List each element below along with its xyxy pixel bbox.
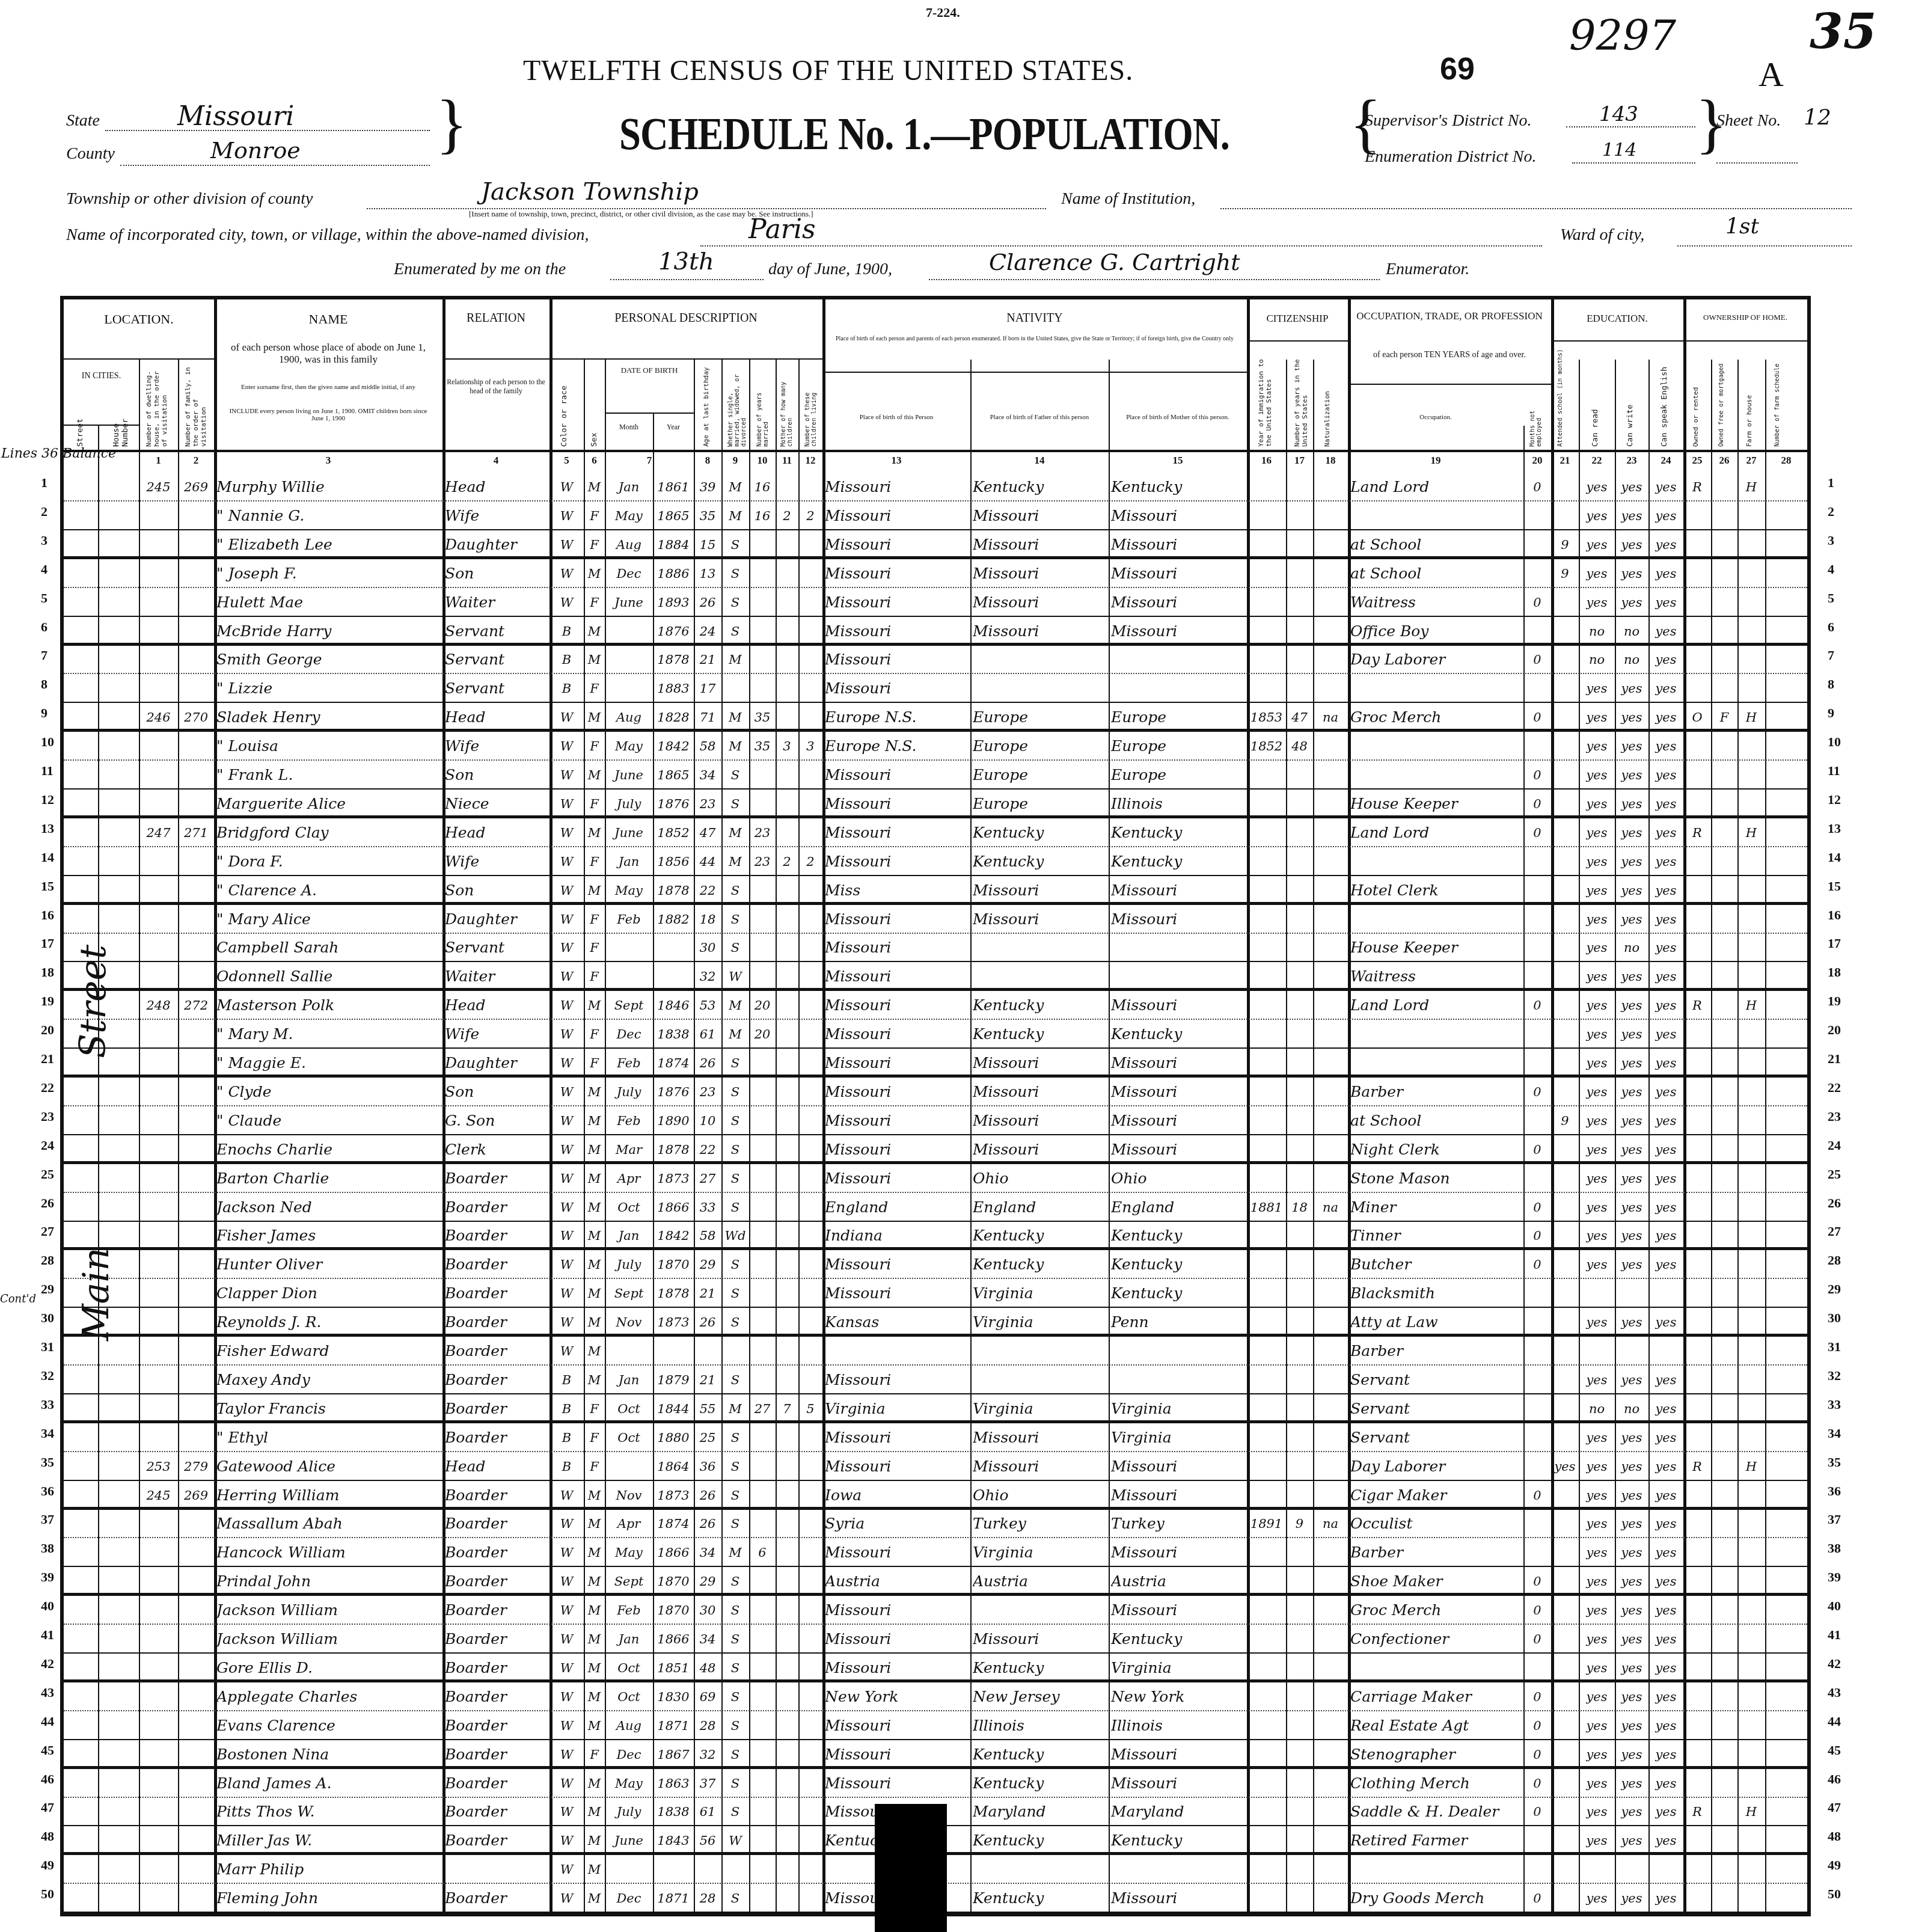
cell-pob-mother: Missouri (1111, 1080, 1244, 1104)
cell-marital: W (724, 1829, 747, 1853)
cell-year: 1838 (655, 1800, 691, 1824)
cell-read: yes (1581, 1426, 1612, 1450)
cell-read: yes (1581, 1455, 1612, 1479)
cell-yrs-married: 16 (751, 475, 773, 499)
cell-mother-of (778, 1455, 796, 1479)
cell-yrs-us (1288, 1022, 1311, 1046)
cell-yrs-us (1288, 993, 1311, 1017)
cell-immig (1249, 1685, 1284, 1709)
cell-farm (1740, 1022, 1763, 1046)
cell-color: W (552, 1857, 581, 1881)
cell-dwelling (141, 792, 176, 816)
cell-school: 9 (1553, 562, 1576, 586)
cell-read: yes (1581, 1569, 1612, 1593)
cell-school (1553, 1685, 1576, 1709)
cell-speak: yes (1651, 705, 1681, 729)
cell-pob-father: Maryland (973, 1800, 1106, 1824)
cell-pob-mother: Kentucky (1111, 1022, 1244, 1046)
cell-family (180, 1167, 212, 1191)
cell-mother-of (778, 1886, 796, 1910)
cell-school (1553, 590, 1576, 615)
cell-sex: F (586, 1743, 602, 1767)
cell-immig (1249, 1109, 1284, 1133)
header-name-desc: of each person whose place of abode on J… (226, 342, 430, 366)
cell-immig (1249, 1167, 1284, 1191)
cell-family (180, 1800, 212, 1824)
cell-unemp: 0 (1526, 475, 1549, 499)
header-pob-person: Place of birth of this Person (822, 414, 970, 421)
cell-school (1553, 1714, 1576, 1738)
cell-sched (1768, 1685, 1805, 1709)
cell-farm (1740, 1743, 1763, 1767)
cell-pob-mother: Kentucky (1111, 1253, 1244, 1277)
cell-name: " Frank L. (216, 763, 440, 787)
cell-mort (1713, 1569, 1735, 1593)
cell-living (801, 1483, 820, 1507)
row-number: 13 (1828, 821, 1841, 836)
cell-read: yes (1581, 1253, 1612, 1277)
cell-sex: F (586, 936, 602, 960)
row-number: 13 (41, 821, 54, 836)
row-number: 45 (41, 1743, 54, 1758)
cell-farm (1740, 1310, 1763, 1334)
header-months-unemployed: Months not employed (1529, 390, 1543, 447)
cell-month: Aug (607, 1714, 650, 1738)
table-row: Hulett MaeWaiterWFJune189326SMissouriMis… (64, 588, 1807, 617)
header-mother-of: Mother of how many children (780, 366, 794, 447)
cell-occupation: Atty at Law (1350, 1310, 1521, 1334)
cell-dwelling (141, 1051, 176, 1075)
cell-name: Fisher James (216, 1224, 440, 1248)
cell-mother-of (778, 1829, 796, 1853)
cell-yrs-married (751, 648, 773, 672)
cell-natz (1315, 1829, 1345, 1853)
cell-unemp (1526, 1541, 1549, 1565)
cell-pob-mother: Missouri (1111, 1138, 1244, 1162)
cell-family (180, 907, 212, 931)
header-years-married: Number of years married (756, 366, 770, 447)
cell-sex: M (586, 648, 602, 672)
cell-write: yes (1617, 1685, 1646, 1709)
cell-name: Hancock William (216, 1541, 440, 1565)
table-row: " Joseph F.SonWMDec188613SMissouriMissou… (64, 559, 1807, 588)
cell-marital: S (724, 1195, 747, 1219)
cell-occupation: Tinner (1350, 1224, 1521, 1248)
cell-year: 1852 (655, 821, 691, 845)
cell-year: 1830 (655, 1685, 691, 1709)
cell-immig (1249, 1138, 1284, 1162)
cell-year: 1842 (655, 1224, 691, 1248)
cell-occupation: House Keeper (1350, 936, 1521, 960)
cell-sex: M (586, 1138, 602, 1162)
cell-yrs-us (1288, 1397, 1311, 1421)
cell-unemp: 0 (1526, 1138, 1549, 1162)
cell-month: July (607, 1253, 650, 1277)
cell-month: Feb (607, 1598, 650, 1622)
cell-family (180, 1022, 212, 1046)
cell-year: 1879 (655, 1368, 691, 1392)
cell-speak: yes (1651, 936, 1681, 960)
cell-read: no (1581, 619, 1612, 643)
cell-farm (1740, 1483, 1763, 1507)
row-number: 31 (1828, 1339, 1841, 1355)
cell-occupation: Servant (1350, 1426, 1521, 1450)
cell-own (1686, 936, 1709, 960)
cell-pob-mother: Europe (1111, 705, 1244, 729)
cell-farm (1740, 1627, 1763, 1651)
cell-natz (1315, 1339, 1345, 1363)
cell-yrs-married (751, 619, 773, 643)
cell-own (1686, 562, 1709, 586)
cell-dwelling: 253 (141, 1455, 176, 1479)
cell-relation: Boarder (445, 1829, 547, 1853)
cell-immig (1249, 1771, 1284, 1796)
cell-yrs-married (751, 1080, 773, 1104)
state-value: Missouri (177, 101, 294, 132)
cell-pob: Missouri (825, 907, 968, 931)
cell-unemp: 0 (1526, 648, 1549, 672)
cell-sched (1768, 475, 1805, 499)
cell-immig: 1891 (1249, 1512, 1284, 1536)
cell-age: 35 (696, 504, 719, 528)
cell-relation: Boarder (445, 1195, 547, 1219)
cell-color: W (552, 936, 581, 960)
cell-marital: S (724, 533, 747, 557)
cell-farm (1740, 850, 1763, 874)
cell-family (180, 1541, 212, 1565)
cell-name: Bland James A. (216, 1771, 440, 1796)
cell-living (801, 1627, 820, 1651)
row-number: 31 (41, 1339, 54, 1355)
cell-yrs-married (751, 1569, 773, 1593)
cell-name: Bridgford Clay (216, 821, 440, 845)
cell-sex: M (586, 1281, 602, 1305)
cell-pob: Missouri (825, 1771, 968, 1796)
table-row: " ClydeSonWMJuly187623SMissouriMissouriM… (64, 1078, 1807, 1106)
cell-natz (1315, 1397, 1345, 1421)
cell-month: June (607, 590, 650, 615)
cell-name: Maxey Andy (216, 1368, 440, 1392)
cell-family (180, 1224, 212, 1248)
cell-read: yes (1581, 936, 1612, 960)
row-number: 38 (41, 1541, 54, 1556)
cell-speak: yes (1651, 1512, 1681, 1536)
cell-pob-mother: Missouri (1111, 1541, 1244, 1565)
census-title: TWELFTH CENSUS OF THE UNITED STATES. (523, 54, 1133, 87)
cell-mother-of (778, 1339, 796, 1363)
cell-living (801, 1512, 820, 1536)
table-row: Campbell SarahServantWF30SMissouriHouse … (64, 933, 1807, 962)
cell-year: 1865 (655, 504, 691, 528)
cell-age: 34 (696, 1541, 719, 1565)
cell-sex: M (586, 1656, 602, 1680)
cell-pob-father: Missouri (973, 1051, 1106, 1075)
enumeration-field: 114 (1572, 144, 1695, 164)
cell-color: W (552, 1829, 581, 1853)
cell-sex: M (586, 1569, 602, 1593)
cell-pob-mother: Maryland (1111, 1800, 1244, 1824)
cell-farm (1740, 676, 1763, 701)
cell-farm (1740, 1426, 1763, 1450)
cell-sched (1768, 676, 1805, 701)
cell-living (801, 676, 820, 701)
cell-yrs-us (1288, 1109, 1311, 1133)
header-name-instr1: Enter surname first, then the given name… (226, 384, 430, 391)
cell-school (1553, 1569, 1576, 1593)
header-farm-schedule: Number of farm schedule (1774, 348, 1781, 447)
cell-sex: M (586, 1080, 602, 1104)
cell-marital: S (724, 792, 747, 816)
schedule-title: SCHEDULE No. 1.—POPULATION. (619, 108, 1229, 161)
cell-pob-mother: Austria (1111, 1569, 1244, 1593)
cell-mother-of (778, 1426, 796, 1450)
cell-school (1553, 1771, 1576, 1796)
cell-yrs-married: 27 (751, 1397, 773, 1421)
header-date-of-birth: DATE OF BIRTH (605, 366, 694, 375)
cell-immig (1249, 533, 1284, 557)
cell-school (1553, 1281, 1576, 1305)
row-number: 16 (41, 907, 54, 923)
cell-color: W (552, 533, 581, 557)
cell-read: yes (1581, 734, 1612, 758)
cell-mort (1713, 1771, 1735, 1796)
cell-sched (1768, 964, 1805, 989)
cell-age: 58 (696, 734, 719, 758)
cell-name: Marr Philip (216, 1857, 440, 1881)
cell-write: yes (1617, 1426, 1646, 1450)
cell-living (801, 562, 820, 586)
cell-sched (1768, 1829, 1805, 1853)
cell-mother-of (778, 1512, 796, 1536)
city-value: Paris (748, 214, 816, 245)
cell-pob-father: Kentucky (973, 850, 1106, 874)
cell-occupation: Shoe Maker (1350, 1569, 1521, 1593)
cell-natz (1315, 1771, 1345, 1796)
row-number: 43 (41, 1685, 54, 1700)
cell-read: yes (1581, 821, 1612, 845)
cell-relation: Son (445, 1080, 547, 1104)
table-row: " Nannie G.WifeWFMay186535M1622MissouriM… (64, 501, 1807, 530)
cell-sex: M (586, 1714, 602, 1738)
cell-name: Jackson William (216, 1598, 440, 1622)
divider (1551, 340, 1683, 342)
cell-relation: Waiter (445, 590, 547, 615)
cell-read: yes (1581, 964, 1612, 989)
cell-relation: Boarder (445, 1714, 547, 1738)
cell-mort (1713, 1483, 1735, 1507)
cell-marital: S (724, 1800, 747, 1824)
cell-family (180, 1339, 212, 1363)
cell-occupation: Night Clerk (1350, 1138, 1521, 1162)
cell-unemp: 0 (1526, 1627, 1549, 1651)
column-number: 4 (442, 455, 549, 467)
cell-yrs-married (751, 1368, 773, 1392)
cell-unemp (1526, 964, 1549, 989)
cell-color: W (552, 763, 581, 787)
cell-marital (724, 1339, 747, 1363)
cell-own (1686, 533, 1709, 557)
cell-marital: M (724, 475, 747, 499)
cell-natz (1315, 821, 1345, 845)
cell-color: W (552, 475, 581, 499)
cell-yrs-married (751, 1138, 773, 1162)
cell-mother-of (778, 705, 796, 729)
cell-name: " Maggie E. (216, 1051, 440, 1075)
cell-unemp: 0 (1526, 1195, 1549, 1219)
cell-sex: M (586, 993, 602, 1017)
column-number: 9 (721, 455, 749, 467)
cell-farm (1740, 1397, 1763, 1421)
cell-color: W (552, 1051, 581, 1075)
cell-sched (1768, 1771, 1805, 1796)
cell-yrs-married (751, 1109, 773, 1133)
cell-year: 1871 (655, 1714, 691, 1738)
cell-name: " Joseph F. (216, 562, 440, 586)
cell-pob: Missouri (825, 1743, 968, 1767)
cell-marital: S (724, 1426, 747, 1450)
cell-yrs-married (751, 907, 773, 931)
cell-yrs-married (751, 1051, 773, 1075)
cell-name: " Ethyl (216, 1426, 440, 1450)
supervisor-label: Supervisor's District No. (1365, 111, 1531, 130)
cell-dwelling (141, 1195, 176, 1219)
cell-sched (1768, 1512, 1805, 1536)
row-number: 2 (1828, 504, 1834, 520)
cell-age: 29 (696, 1569, 719, 1593)
row-number: 20 (41, 1022, 54, 1038)
cell-mort (1713, 1397, 1735, 1421)
cell-living (801, 648, 820, 672)
cell-natz: na (1315, 705, 1345, 729)
cell-relation: Head (445, 993, 547, 1017)
cell-read: yes (1581, 590, 1612, 615)
row-number: 49 (41, 1857, 54, 1873)
cell-name: Smith George (216, 648, 440, 672)
cell-own (1686, 850, 1709, 874)
cell-mort (1713, 504, 1735, 528)
cell-write: yes (1617, 1167, 1646, 1191)
cell-sex: M (586, 619, 602, 643)
cell-marital: S (724, 1714, 747, 1738)
row-number: 26 (1828, 1195, 1841, 1211)
cell-marital: S (724, 879, 747, 903)
cell-yrs-married (751, 1310, 773, 1334)
cell-speak: yes (1651, 648, 1681, 672)
cell-marital: S (724, 590, 747, 615)
handwritten-page-number: 35 (1810, 3, 1876, 60)
cell-color: W (552, 1886, 581, 1910)
cell-sched (1768, 907, 1805, 931)
column-number: 6 (584, 455, 605, 467)
cell-read: yes (1581, 1743, 1612, 1767)
cell-speak: yes (1651, 533, 1681, 557)
cell-dwelling: 248 (141, 993, 176, 1017)
row-number: 18 (1828, 964, 1841, 980)
cell-pob-father: Kentucky (973, 821, 1106, 845)
cell-marital: S (724, 1598, 747, 1622)
cell-school (1553, 1512, 1576, 1536)
cell-family: 270 (180, 705, 212, 729)
cell-pob-mother: Europe (1111, 734, 1244, 758)
cell-mother-of: 7 (778, 1397, 796, 1421)
cell-speak: yes (1651, 619, 1681, 643)
cell-write: yes (1617, 993, 1646, 1017)
cell-sched (1768, 1656, 1805, 1680)
cell-year: 1882 (655, 907, 691, 931)
cell-dwelling (141, 1627, 176, 1651)
cell-name: Hulett Mae (216, 590, 440, 615)
row-number: 8 (41, 676, 47, 692)
header-dwelling: Number of dwelling-house, in the order o… (145, 363, 168, 447)
cell-yrs-married (751, 879, 773, 903)
cell-marital: M (724, 850, 747, 874)
cell-age (696, 1857, 719, 1881)
cell-pob: Miss (825, 879, 968, 903)
cell-own (1686, 1426, 1709, 1450)
cell-age: 61 (696, 1022, 719, 1046)
cell-color: W (552, 1167, 581, 1191)
cell-pob-mother (1111, 1339, 1244, 1363)
cell-relation: Boarder (445, 1800, 547, 1824)
cell-yrs-married (751, 590, 773, 615)
cell-natz: na (1315, 1512, 1345, 1536)
row-number: 47 (41, 1800, 54, 1815)
cell-month: July (607, 1800, 650, 1824)
cell-color: B (552, 619, 581, 643)
cell-age: 17 (696, 676, 719, 701)
header-occupation: Occupation. (1348, 414, 1523, 421)
cell-occupation (1350, 734, 1521, 758)
header-sex: Sex (590, 366, 599, 447)
cell-pob-mother: New York (1111, 1685, 1244, 1709)
cell-yrs-us (1288, 1771, 1311, 1796)
cell-own (1686, 1281, 1709, 1305)
cell-living (801, 1743, 820, 1767)
cell-school (1553, 821, 1576, 845)
cell-sched (1768, 562, 1805, 586)
cell-write: yes (1617, 1627, 1646, 1651)
cell-living (801, 619, 820, 643)
cell-speak: yes (1651, 1080, 1681, 1104)
cell-family (180, 648, 212, 672)
cell-yrs-us (1288, 936, 1311, 960)
cell-month: May (607, 1541, 650, 1565)
cell-living (801, 1829, 820, 1853)
cell-marital: Wd (724, 1224, 747, 1248)
cell-dwelling (141, 879, 176, 903)
row-number: 46 (1828, 1771, 1841, 1787)
cell-mort (1713, 1167, 1735, 1191)
cell-sex: M (586, 1339, 602, 1363)
cell-read: yes (1581, 705, 1612, 729)
cell-month: Sept (607, 1569, 650, 1593)
cell-age: 26 (696, 1483, 719, 1507)
cell-yrs-married: 23 (751, 850, 773, 874)
cell-relation: Servant (445, 648, 547, 672)
cell-read: yes (1581, 1051, 1612, 1075)
cell-year: 1865 (655, 763, 691, 787)
cell-school (1553, 1080, 1576, 1104)
cell-pob: Missouri (825, 792, 968, 816)
cell-sex: F (586, 907, 602, 931)
cell-unemp: 0 (1526, 1080, 1549, 1104)
row-number: 25 (41, 1167, 54, 1182)
row-number: 33 (1828, 1397, 1841, 1412)
cell-month: May (607, 1771, 650, 1796)
cell-read: yes (1581, 792, 1612, 816)
table-row: " Elizabeth LeeDaughterWFAug188415SMisso… (64, 530, 1807, 559)
cell-yrs-married: 6 (751, 1541, 773, 1565)
